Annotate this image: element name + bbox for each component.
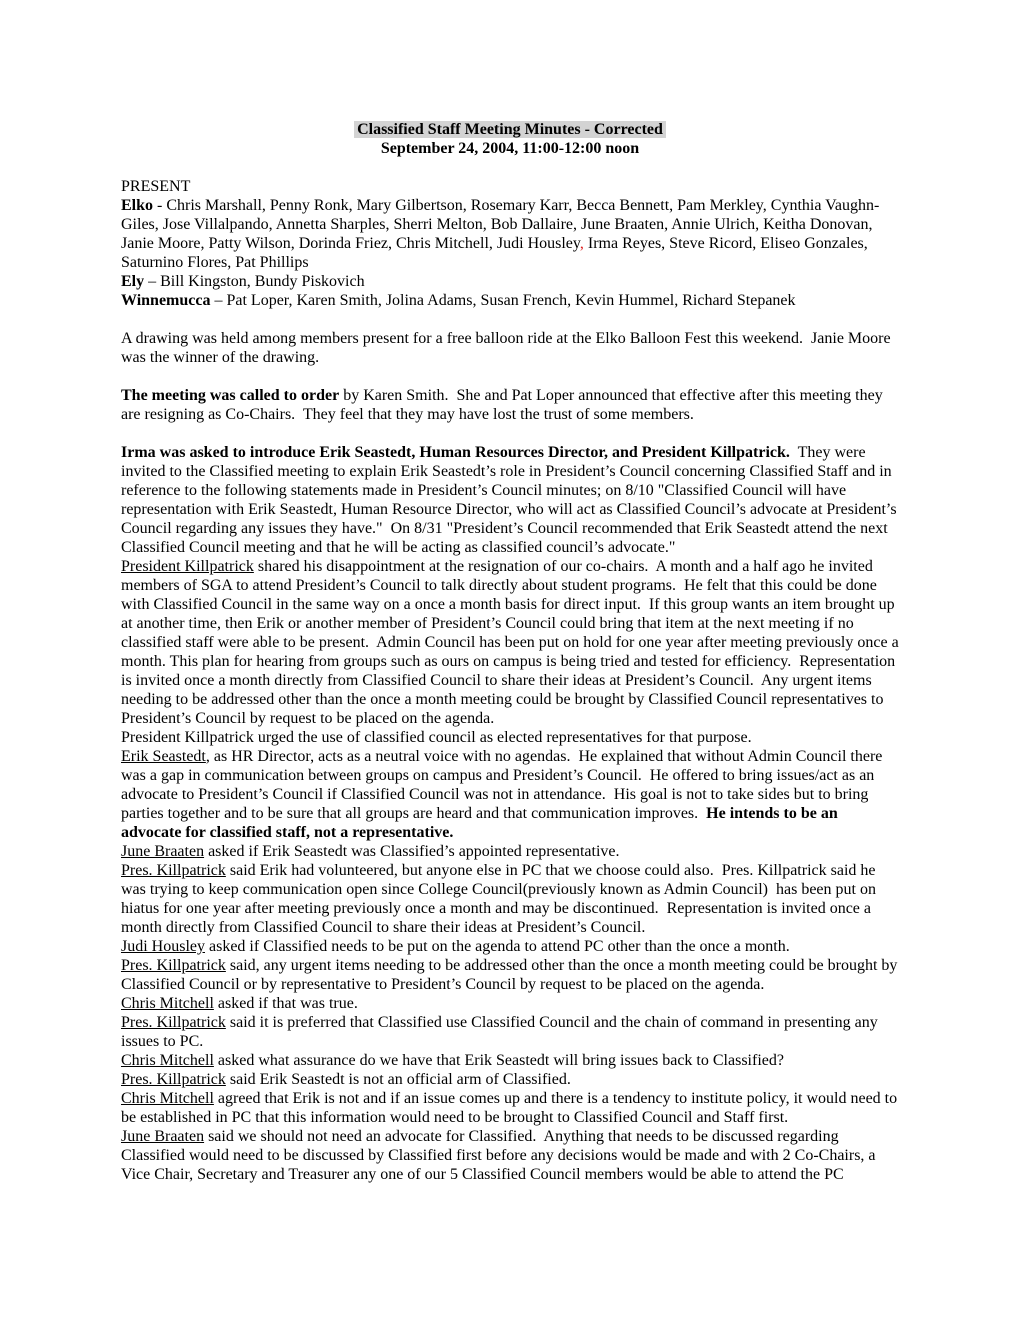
document-body: PRESENTElko - Chris Marshall, Penny Ronk… bbox=[121, 158, 899, 1184]
killpatrick-response-1: Pres. Killpatrick said Erik had voluntee… bbox=[121, 861, 899, 937]
speaker-name: Pres. Killpatrick bbox=[121, 957, 226, 974]
call-to-order-paragraph: The meeting was called to order by Karen… bbox=[121, 386, 899, 424]
attendees-elko: Elko - Chris Marshall, Penny Ronk, Mary … bbox=[121, 196, 899, 272]
blank-line bbox=[121, 158, 899, 177]
seastedt-remarks: Erik Seastedt, as HR Director, acts as a… bbox=[121, 747, 899, 842]
text-run: said, any urgent items needing to be add… bbox=[121, 957, 901, 993]
text-run: The meeting was called to order bbox=[121, 387, 339, 404]
document-subtitle: September 24, 2004, 11:00-12:00 noon bbox=[121, 139, 899, 158]
speaker-name: President Killpatrick bbox=[121, 558, 254, 575]
mitchell-agreement: Chris Mitchell agreed that Erik is not a… bbox=[121, 1089, 899, 1127]
mitchell-question-1: Chris Mitchell asked if that was true. bbox=[121, 994, 899, 1013]
blank-line bbox=[121, 310, 899, 329]
speaker-name: June Braaten bbox=[121, 843, 204, 860]
title-line: Classified Staff Meeting Minutes - Corre… bbox=[121, 120, 899, 139]
text-run: Irma was asked to introduce Erik Seasted… bbox=[121, 444, 790, 461]
housley-question: Judi Housley asked if Classified needs t… bbox=[121, 937, 899, 956]
text-run: asked if Erik Seastedt was Classified’s … bbox=[204, 843, 619, 860]
text-run: – Bill Kingston, Bundy Piskovich bbox=[144, 273, 364, 290]
document-page: Classified Staff Meeting Minutes - Corre… bbox=[0, 0, 1020, 1320]
text-run: President Killpatrick urged the use of c… bbox=[121, 729, 752, 746]
text-run: Winnemucca bbox=[121, 292, 210, 309]
text-run: asked what assurance do we have that Eri… bbox=[214, 1052, 784, 1069]
text-run: said we should not need an advocate for … bbox=[121, 1128, 879, 1183]
text-run: PRESENT bbox=[121, 178, 190, 195]
killpatrick-urged: President Killpatrick urged the use of c… bbox=[121, 728, 899, 747]
present-heading: PRESENT bbox=[121, 177, 899, 196]
killpatrick-response-2: Pres. Killpatrick said, any urgent items… bbox=[121, 956, 899, 994]
text-run: asked if that was true. bbox=[214, 995, 358, 1012]
text-run: agreed that Erik is not and if an issue … bbox=[121, 1090, 901, 1126]
mitchell-question-2: Chris Mitchell asked what assurance do w… bbox=[121, 1051, 899, 1070]
killpatrick-response-4: Pres. Killpatrick said Erik Seastedt is … bbox=[121, 1070, 899, 1089]
braaten-question: June Braaten asked if Erik Seastedt was … bbox=[121, 842, 899, 861]
text-run: Elko bbox=[121, 197, 153, 214]
text-run: Ely bbox=[121, 273, 144, 290]
blank-line bbox=[121, 367, 899, 386]
speaker-name: Pres. Killpatrick bbox=[121, 1014, 226, 1031]
killpatrick-response-3: Pres. Killpatrick said it is preferred t… bbox=[121, 1013, 899, 1051]
document-title: Classified Staff Meeting Minutes - Corre… bbox=[354, 121, 666, 138]
attendees-winnemucca: Winnemucca – Pat Loper, Karen Smith, Jol… bbox=[121, 291, 899, 310]
speaker-name: Chris Mitchell bbox=[121, 995, 214, 1012]
speaker-name: Erik Seastedt bbox=[121, 748, 206, 765]
killpatrick-remarks: President Killpatrick shared his disappo… bbox=[121, 557, 899, 728]
speaker-name: June Braaten bbox=[121, 1128, 204, 1145]
text-run: said Erik had volunteered, but anyone el… bbox=[121, 862, 880, 936]
text-run: said it is preferred that Classified use… bbox=[121, 1014, 882, 1050]
drawing-paragraph: A drawing was held among members present… bbox=[121, 329, 899, 367]
speaker-name: Judi Housley bbox=[121, 938, 205, 955]
text-run: shared his disappointment at the resigna… bbox=[121, 558, 903, 727]
speaker-name: Pres. Killpatrick bbox=[121, 1071, 226, 1088]
text-run: asked if Classified needs to be put on t… bbox=[205, 938, 790, 955]
speaker-name: Pres. Killpatrick bbox=[121, 862, 226, 879]
speaker-name: Chris Mitchell bbox=[121, 1052, 214, 1069]
text-run: – Pat Loper, Karen Smith, Jolina Adams, … bbox=[210, 292, 795, 309]
introduction-paragraph: Irma was asked to introduce Erik Seasted… bbox=[121, 443, 899, 557]
blank-line bbox=[121, 424, 899, 443]
text-run: said Erik Seastedt is not an official ar… bbox=[226, 1071, 571, 1088]
text-run: A drawing was held among members present… bbox=[121, 330, 895, 366]
speaker-name: Chris Mitchell bbox=[121, 1090, 214, 1107]
braaten-statement: June Braaten said we should not need an … bbox=[121, 1127, 899, 1184]
attendees-ely: Ely – Bill Kingston, Bundy Piskovich bbox=[121, 272, 899, 291]
